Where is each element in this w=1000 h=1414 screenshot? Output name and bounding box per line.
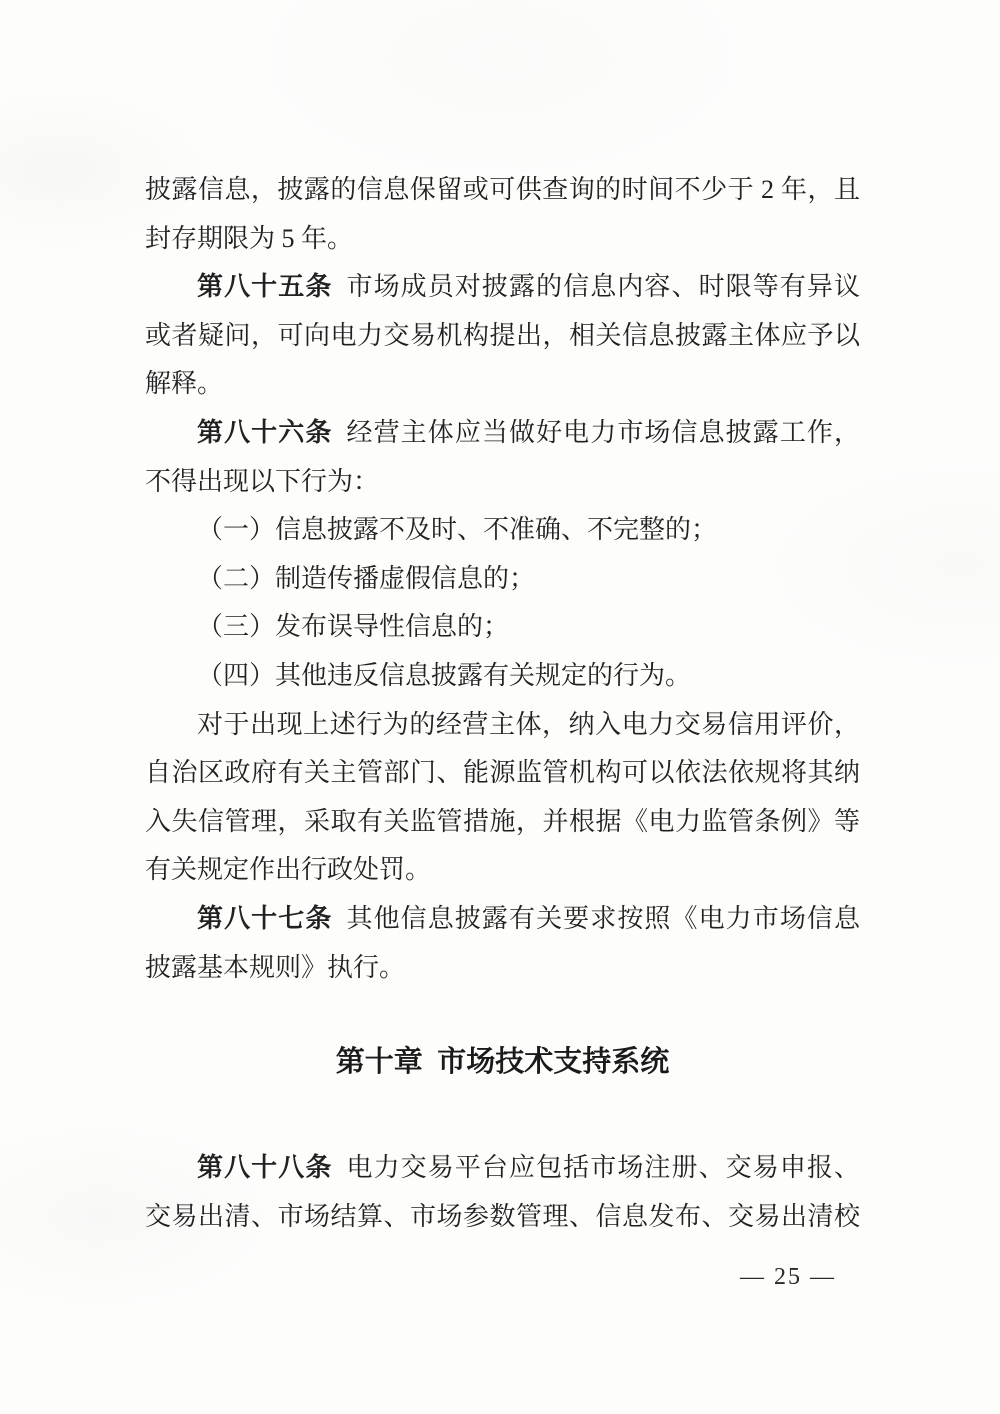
line-text: 自治区政府有关主管部门、能源监管机构可以依法依规将其纳	[145, 758, 860, 787]
line-text: 电力交易平台应包括市场注册、交易申报、	[332, 1153, 860, 1182]
line-text: （二）制造传播虚假信息的；	[197, 564, 535, 593]
text-line-article-85: 第八十五条 市场成员对披露的信息内容、时限等有异议	[145, 263, 860, 312]
text-line: 披露基本规则》执行。	[145, 944, 860, 993]
line-text: 有关规定作出行政处罚。	[145, 855, 431, 884]
line-text: 或者疑问，可向电力交易机构提出，相关信息披露主体应予以	[145, 321, 860, 350]
article-number: 第八十六条	[197, 418, 332, 447]
text-line: 或者疑问，可向电力交易机构提出，相关信息披露主体应予以	[145, 312, 860, 361]
line-text: 解释。	[145, 369, 223, 398]
line-text: 披露基本规则》执行。	[145, 953, 405, 982]
text-line-item-3: （三）发布误导性信息的；	[145, 603, 860, 652]
text-line-item-4: （四）其他违反信息披露有关规定的行为。	[145, 652, 860, 701]
chapter-heading: 第十章 市场技术支持系统	[145, 1038, 860, 1086]
text-line-article-87: 第八十七条 其他信息披露有关要求按照《电力市场信息	[145, 895, 860, 944]
text-line: 有关规定作出行政处罚。	[145, 846, 860, 895]
text-line-item-1: （一）信息披露不及时、不准确、不完整的；	[145, 506, 860, 555]
text-line: 披露信息，披露的信息保留或可供查询的时间不少于 2 年，且	[145, 166, 860, 215]
line-text: 市场成员对披露的信息内容、时限等有异议	[332, 272, 860, 301]
body-text-block: 披露信息，披露的信息保留或可供查询的时间不少于 2 年，且 封存期限为 5 年。…	[145, 166, 860, 992]
text-line-item-2: （二）制造传播虚假信息的；	[145, 555, 860, 604]
line-text: 对于出现上述行为的经营主体，纳入电力交易信用评价，	[197, 710, 860, 739]
line-text: 披露信息，披露的信息保留或可供查询的时间不少于 2 年，且	[145, 175, 860, 204]
text-line: 交易出清、市场结算、市场参数管理、信息发布、交易出清校	[145, 1193, 860, 1242]
text-line-article-86: 第八十六条 经营主体应当做好电力市场信息披露工作，	[145, 409, 860, 458]
line-text: （三）发布误导性信息的；	[197, 612, 509, 641]
article-number: 第八十五条	[197, 272, 332, 301]
line-text: 不得出现以下行为：	[145, 467, 379, 496]
text-line: 对于出现上述行为的经营主体，纳入电力交易信用评价，	[145, 701, 860, 750]
text-line: 自治区政府有关主管部门、能源监管机构可以依法依规将其纳	[145, 749, 860, 798]
page-number: — 25 —	[740, 1263, 836, 1291]
article-number: 第八十七条	[197, 904, 332, 933]
text-line: 入失信管理，采取有关监管措施，并根据《电力监管条例》等	[145, 798, 860, 847]
text-line-article-88: 第八十八条 电力交易平台应包括市场注册、交易申报、	[145, 1144, 860, 1193]
text-line: 解释。	[145, 360, 860, 409]
line-text: 封存期限为 5 年。	[145, 224, 353, 253]
line-text: （四）其他违反信息披露有关规定的行为。	[197, 661, 691, 690]
line-text: 入失信管理，采取有关监管措施，并根据《电力监管条例》等	[145, 807, 860, 836]
article-number: 第八十八条	[197, 1153, 332, 1182]
line-text: （一）信息披露不及时、不准确、不完整的；	[197, 515, 717, 544]
document-page: 披露信息，披露的信息保留或可供查询的时间不少于 2 年，且 封存期限为 5 年。…	[0, 0, 1000, 1414]
line-text: 其他信息披露有关要求按照《电力市场信息	[332, 904, 860, 933]
body-text-block: 第八十八条 电力交易平台应包括市场注册、交易申报、 交易出清、市场结算、市场参数…	[145, 1144, 860, 1241]
line-text: 经营主体应当做好电力市场信息披露工作，	[332, 418, 860, 447]
text-line: 封存期限为 5 年。	[145, 215, 860, 264]
text-line: 不得出现以下行为：	[145, 458, 860, 507]
line-text: 交易出清、市场结算、市场参数管理、信息发布、交易出清校	[145, 1202, 860, 1231]
